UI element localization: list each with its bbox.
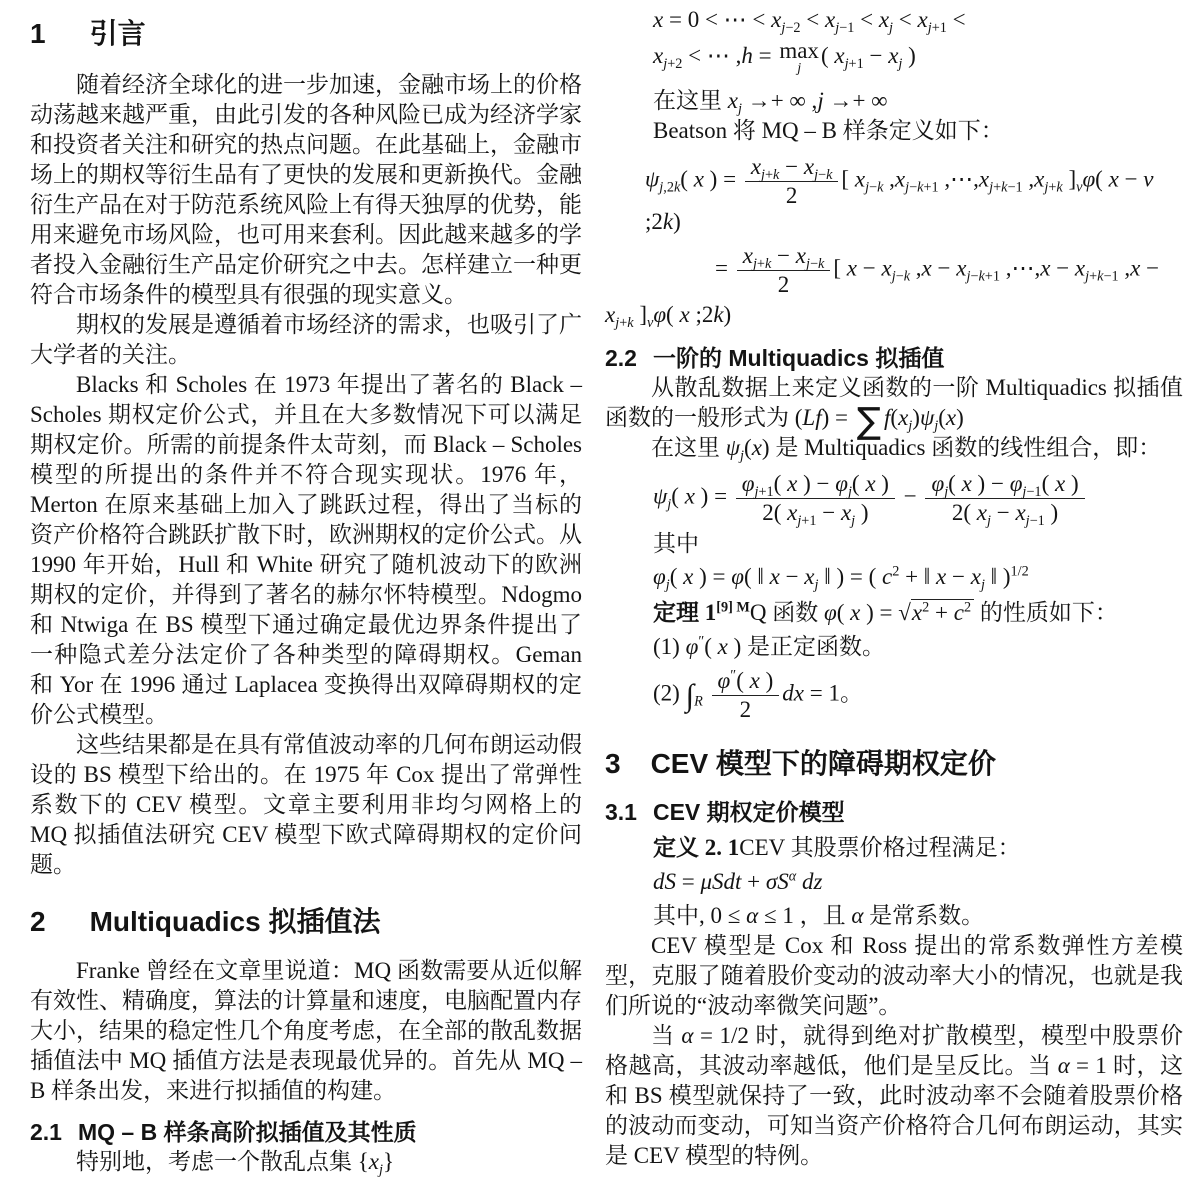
formula-grid-line-1: x = 0 < ⋯ < xj−2 < xj−1 < xj < xj+1 < — [605, 6, 1183, 35]
paragraph-general-form: 从散乱数据上来定义函数的一阶 Multiquadics 拟插值函数的一般形式为 … — [605, 373, 1183, 433]
paragraph-alpha-cases: 当 α = 1/2 时，就得到绝对扩散模型，模型中股票价格越高，其波动率越低，他… — [605, 1021, 1183, 1171]
left-column: 1 引言 随着经济全球化的进一步加速，金融市场上的价格动荡越来越严重，由此引发的… — [30, 0, 582, 1177]
text-theorem-1: 定理 1[9] MQ 函数 φ( x ) = √x2 + c2 的性质如下： — [605, 598, 1183, 628]
paragraph-scattered-points: 特别地，考虑一个散乱点集 {xj} — [30, 1147, 582, 1177]
paragraph-cev-cox-ross: CEV 模型是 Cox 和 Ross 提出的常系数弹性方差模型，克服了随着股价变… — [605, 931, 1183, 1021]
paragraph-intro-1: 随着经济全球化的进一步加速，金融市场上的价格动荡越来越严重，由此引发的各种风险已… — [30, 70, 582, 310]
formula-mqb-spline-line-2: = xj+k − xj−k2[ x − xj−k ,x − xj−k+1 ,⋯,… — [605, 243, 1183, 297]
section-3-1-number: 3.1 — [605, 799, 637, 826]
formula-psi-j: ψj( x ) = φj+1( x ) − φj( x )2( xj+1 − x… — [605, 471, 1183, 525]
section-1-number: 1 — [30, 18, 46, 50]
section-2-2-number: 2.2 — [605, 345, 637, 372]
formula-mqb-spline-line-3: xj+k ]vφ( x ;2k) — [605, 301, 1183, 330]
section-3-heading: 3 CEV 模型下的障碍期权定价 — [605, 742, 1183, 782]
section-2-heading: 2 Multiquadics 拟插值法 — [30, 900, 582, 940]
formula-mqb-spline-line-1: ψj,2k( x ) = xj+k − xj−k2[ xj−k ,xj−k+1 … — [605, 154, 1183, 237]
section-1-title: 引言 — [90, 12, 146, 52]
formula-property-2: (2) ∫R φ″( x )2dx = 1。 — [605, 668, 1183, 722]
section-2-2-title: 一阶的 Multiquadics 拟插值 — [653, 340, 944, 373]
text-property-1: (1) φ″( x ) 是正定函数。 — [605, 632, 1183, 662]
text-definition-2-1: 定义 2. 1CEV 其股票价格过程满足： — [605, 833, 1183, 863]
section-2-1-number: 2.1 — [30, 1119, 62, 1146]
formula-grid-line-2: xj+2 < ⋯ ,h = maxj( xj+1 − xj ) — [605, 39, 1183, 76]
text-alpha-range: 其中, 0 ≤ α ≤ 1 ，且 α 是常系数。 — [605, 901, 1183, 931]
formula-phi-j: φj( x ) = φ( ‖ x − xj ‖ ) = ( c2 + ‖ x −… — [605, 563, 1183, 592]
paragraph-intro-2: 期权的发展是遵循着市场经济的需求，也吸引了广大学者的关注。 — [30, 310, 582, 370]
paragraph-literature-review: Blacks 和 Scholes 在 1973 年提出了著名的 Black – … — [30, 370, 582, 730]
paragraph-franke: Franke 曾经在文章里说道：MQ 函数需要从近似解有效性、精确度，算法的计算… — [30, 956, 582, 1106]
section-2-1-title: MQ – B 样条高阶拟插值及其性质 — [78, 1114, 417, 1147]
section-2-number: 2 — [30, 906, 46, 938]
section-2-title: Multiquadics 拟插值法 — [90, 900, 381, 940]
right-column: x = 0 < ⋯ < xj−2 < xj−1 < xj < xj+1 < xj… — [605, 0, 1183, 1171]
paper-page: 1 引言 随着经济全球化的进一步加速，金融市场上的价格动荡越来越严重，由此引发的… — [0, 0, 1200, 1179]
paragraph-cev-intro: 这些结果都是在具有常值波动率的几何布朗运动假设的 BS 模型下给出的。在 197… — [30, 730, 582, 880]
section-3-1-title: CEV 期权定价模型 — [653, 794, 845, 827]
section-3-number: 3 — [605, 748, 621, 780]
formula-ds-process: dS = μSdt + σSα dz — [605, 867, 1183, 897]
section-2-2-heading: 2.2 一阶的 Multiquadics 拟插值 — [605, 340, 1183, 373]
section-3-1-heading: 3.1 CEV 期权定价模型 — [605, 794, 1183, 827]
text-where: 其中 — [605, 529, 1183, 559]
text-limit-condition: 在这里 xj →+ ∞ ,j →+ ∞ — [605, 86, 1183, 116]
section-1-heading: 1 引言 — [30, 12, 582, 52]
section-3-title: CEV 模型下的障碍期权定价 — [651, 742, 996, 782]
paragraph-linear-combination: 在这里 ψj(x) 是 Multiquadics 函数的线性组合，即： — [605, 433, 1183, 463]
text-beatson-definition: Beatson 将 MQ – B 样条定义如下： — [605, 116, 1183, 146]
section-2-1-heading: 2.1 MQ – B 样条高阶拟插值及其性质 — [30, 1114, 582, 1147]
